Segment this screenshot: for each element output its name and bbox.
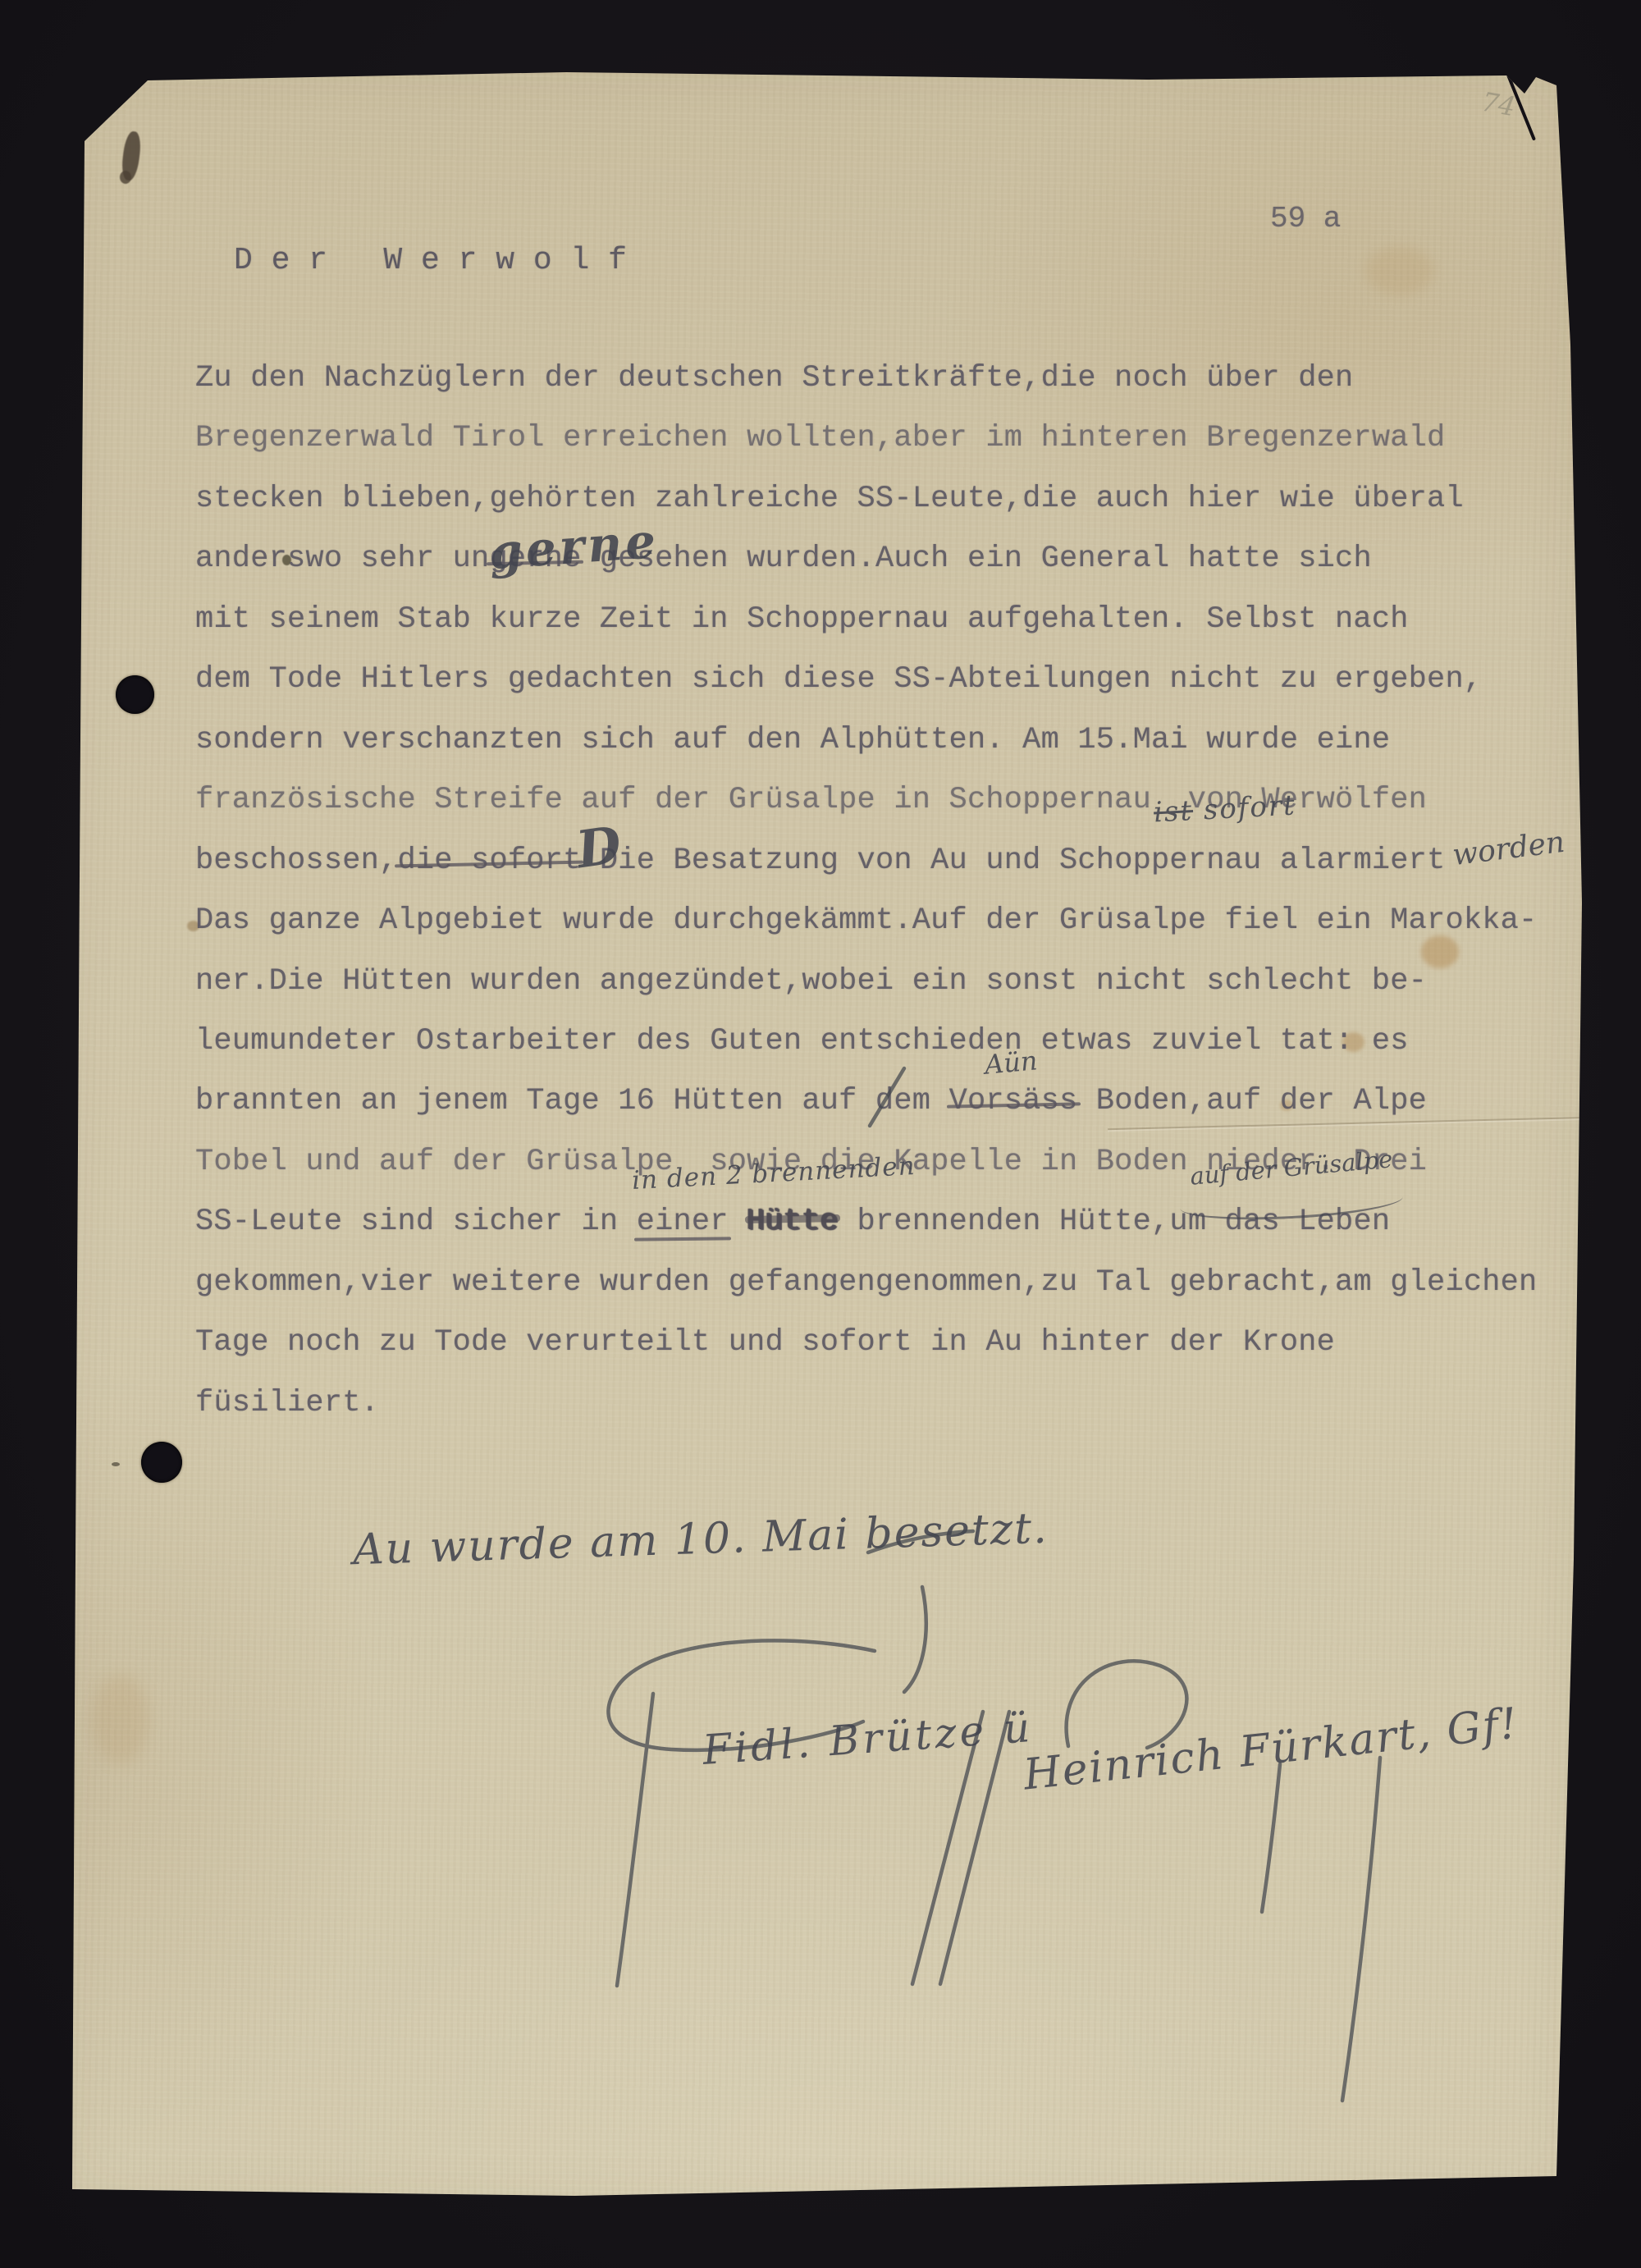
handwritten-capital-d: D	[573, 815, 624, 880]
signature-1: Fidl. Brütze ü	[701, 1703, 1035, 1774]
handwritten-note: Au wurde am 10. Mai besetzt.	[352, 1504, 1049, 1575]
typed-line: leumundeter Ostarbeiter des Guten entsch…	[195, 1012, 1537, 1072]
punch-hole-bottom	[141, 1442, 182, 1483]
punch-hole-top	[116, 675, 154, 714]
strikethrough-text: die sofort	[397, 831, 581, 891]
typed-segment: Die Besatzung von Au und Schoppernau ala…	[582, 844, 1446, 878]
pencil-corner-mark: 74	[1479, 86, 1518, 122]
photo-background: 74 59 a D e r W e r w o l f Zu den Nachz…	[0, 0, 1641, 2268]
typed-line: Das ganze Alpgebiet wurde durchgekämmt.A…	[195, 891, 1537, 951]
typed-line: sondern verschanzten sich auf den Alphüt…	[195, 711, 1537, 770]
typed-line: beschossen,die sofort Die Besatzung von …	[195, 831, 1537, 891]
page-number: 59 a	[1270, 202, 1341, 235]
blotted-out-text: Hütte	[747, 1192, 839, 1252]
typed-line: dem Tode Hitlers gedachten sich diese SS…	[195, 650, 1537, 710]
typed-line: Bregenzerwald Tirol erreichen wollten,ab…	[195, 409, 1537, 469]
handwritten-struck-word: ist	[1153, 794, 1194, 829]
typed-line: brannten an jenem Tage 16 Hütten auf dem…	[195, 1072, 1537, 1132]
strikethrough-text: Vorsäss	[949, 1072, 1078, 1132]
typed-line: ner.Die Hütten wurden angezündet,wobei e…	[195, 952, 1537, 1012]
foxing-stain	[92, 1674, 149, 1764]
typed-line: füsiliert.	[195, 1374, 1537, 1434]
typed-body: Zu den Nachzüglern der deutschen Streitk…	[195, 349, 1537, 1434]
ink-blot	[120, 130, 142, 181]
typed-segment: gesehen wurden.Auch ein General hatte si…	[582, 542, 1372, 576]
typed-line: Zu den Nachzüglern der deutschen Streitk…	[195, 349, 1537, 409]
ink-blot	[120, 171, 131, 184]
typed-line: anderswo sehr ungerne gesehen wurden.Auc…	[195, 529, 1537, 589]
typed-segment: brannten an jenem Tage 16 Hütten auf dem	[195, 1084, 949, 1118]
document-page: 74 59 a D e r W e r w o l f Zu den Nachz…	[0, 0, 1641, 2268]
typed-line: mit seinem Stab kurze Zeit in Schopperna…	[195, 590, 1537, 650]
foxing-stain	[1365, 246, 1434, 295]
typed-segment: Boden,auf der Alpe	[1077, 1084, 1427, 1118]
typed-line: französische Streife auf der Grüsalpe in…	[195, 770, 1537, 830]
strikethrough-text: einer	[637, 1192, 729, 1252]
typed-segment	[729, 1205, 747, 1239]
handwritten-correction-vorsaess: Aün	[983, 1045, 1038, 1080]
typed-segment: beschossen,	[195, 844, 397, 878]
handwritten-word: sofort	[1192, 789, 1297, 827]
typed-segment: SS-Leute sind sicher in	[195, 1205, 637, 1239]
typed-line: stecken blieben,gehörten zahlreiche SS-L…	[195, 469, 1537, 529]
typed-line: gekommen,vier weitere wurden gefangengen…	[195, 1253, 1537, 1313]
typed-line: Tage noch zu Tode verurteilt und sofort …	[195, 1313, 1537, 1373]
signature-2: Heinrich Fürkart, Gf!	[1022, 1699, 1521, 1799]
typed-segment: anderswo sehr un	[195, 542, 489, 576]
pencil-speck	[112, 1462, 120, 1466]
handwritten-correction-gerne: gerne	[487, 513, 661, 580]
document-title: D e r W e r w o l f	[234, 243, 627, 278]
